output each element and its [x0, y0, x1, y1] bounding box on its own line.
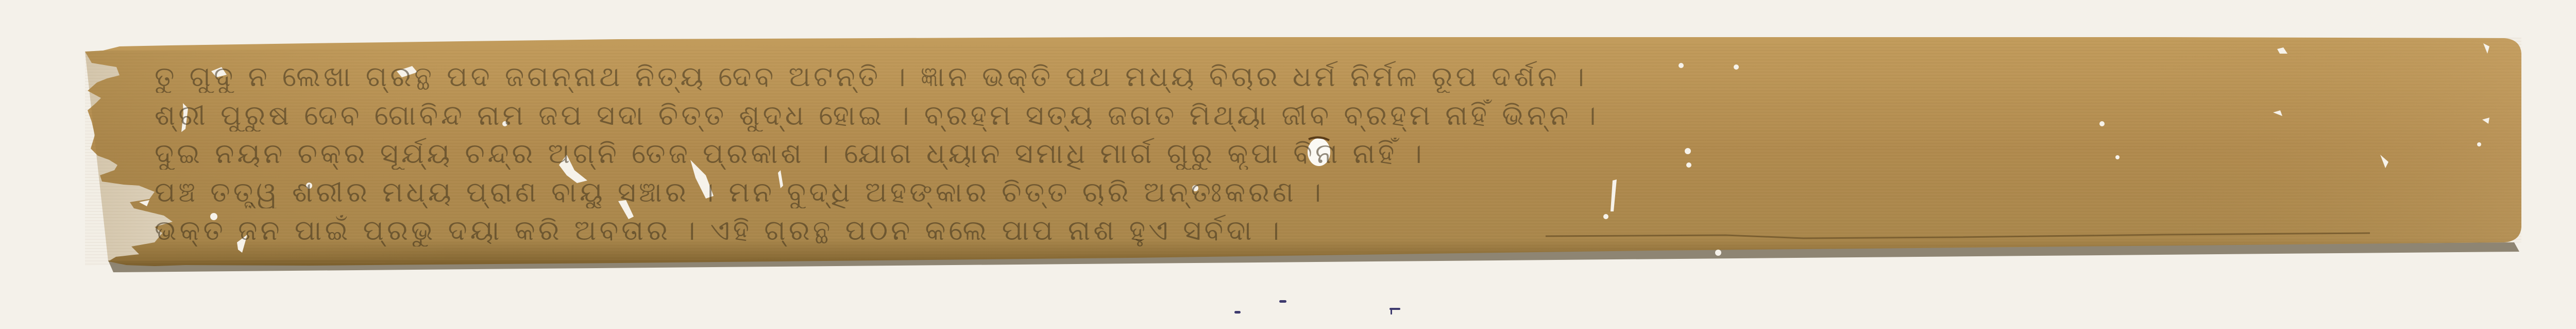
- string-hole: [1308, 138, 1330, 166]
- photo-stage: ତୁ ଗୁଦୁ ନ ଲେଖା ଗ୍ରନ୍ଥ ପଦ ଜଗନ୍ନାଥ ନିତ୍ୟ ଦ…: [0, 0, 2576, 329]
- palm-leaf: [0, 0, 2576, 329]
- pen-mark: [1234, 311, 1241, 314]
- pen-mark: [1391, 308, 1392, 315]
- pen-mark: [1279, 300, 1286, 303]
